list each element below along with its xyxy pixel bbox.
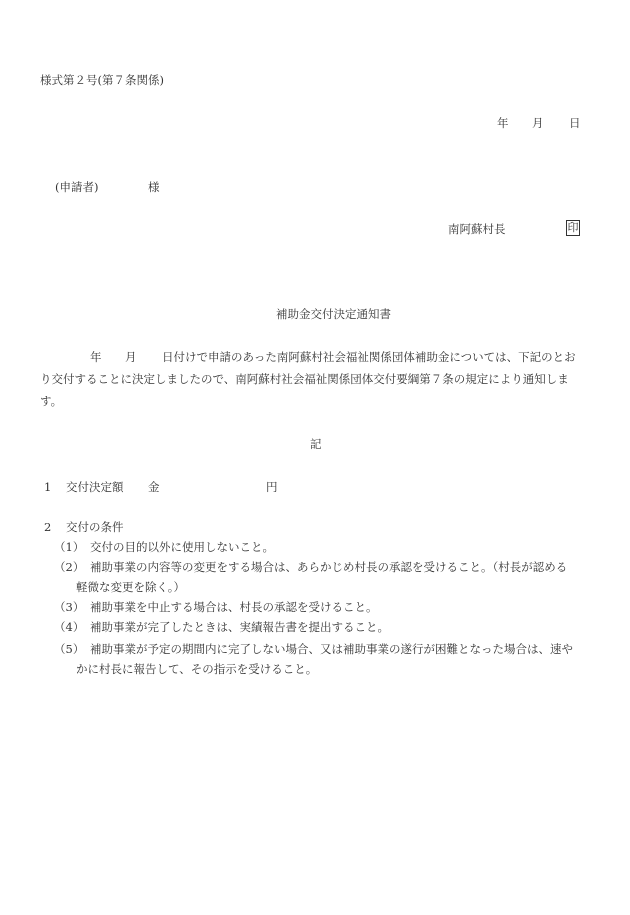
condition-3-num: （3） xyxy=(54,600,84,614)
item1-number: 1 xyxy=(44,480,51,494)
honorific: 様 xyxy=(148,180,160,194)
body-line-1: 日付けで申請のあった南阿蘇村社会福祉関係団体補助金については、下記のとお xyxy=(162,350,576,364)
body-line-3: す。 xyxy=(40,394,62,408)
body-year: 年 xyxy=(90,350,102,364)
date-month: 月 xyxy=(532,116,544,130)
condition-5-text: 補助事業が予定の期間内に完了しない場合、又は補助事業の遂行が困難となった場合は、… xyxy=(90,642,573,656)
body-line-2: り交付することに決定しましたので、南阿蘇村社会福祉関係団体交付要綱第７条の規定に… xyxy=(40,372,569,386)
item1-yen: 円 xyxy=(266,480,278,494)
condition-5-num: （5） xyxy=(54,642,84,656)
issuer-name: 南阿蘇村長 xyxy=(448,222,506,236)
ki-marker: 記 xyxy=(310,437,322,451)
applicant-label: (申請者) xyxy=(55,180,98,194)
item2-number: 2 xyxy=(44,520,51,534)
form-number: 様式第２号(第７条関係) xyxy=(40,73,164,87)
condition-1-num: （1） xyxy=(54,540,84,554)
condition-2-num: （2） xyxy=(54,560,84,574)
condition-2-cont: 軽微な変更を除く。） xyxy=(76,580,185,594)
document-title: 補助金交付決定通知書 xyxy=(276,307,391,321)
condition-4-num: （4） xyxy=(54,620,84,634)
item1-label: 交付決定額 xyxy=(66,480,124,494)
date-year: 年 xyxy=(497,116,509,130)
body-month: 月 xyxy=(125,350,137,364)
condition-3-text: 補助事業を中止する場合は、村長の承認を受けること。 xyxy=(90,600,378,614)
item1-kin: 金 xyxy=(148,480,160,494)
date-day: 日 xyxy=(569,116,581,130)
condition-2-text: 補助事業の内容等の変更をする場合は、あらかじめ村長の承認を受けること。（村長が認… xyxy=(90,560,567,574)
condition-4-text: 補助事業が完了したときは、実績報告書を提出すること。 xyxy=(90,620,389,634)
condition-5-cont: かに村長に報告して、その指示を受けること。 xyxy=(76,662,317,676)
condition-1-text: 交付の目的以外に使用しないこと。 xyxy=(90,540,274,554)
item2-label: 交付の条件 xyxy=(66,520,124,534)
seal-mark: 印 xyxy=(566,220,580,236)
